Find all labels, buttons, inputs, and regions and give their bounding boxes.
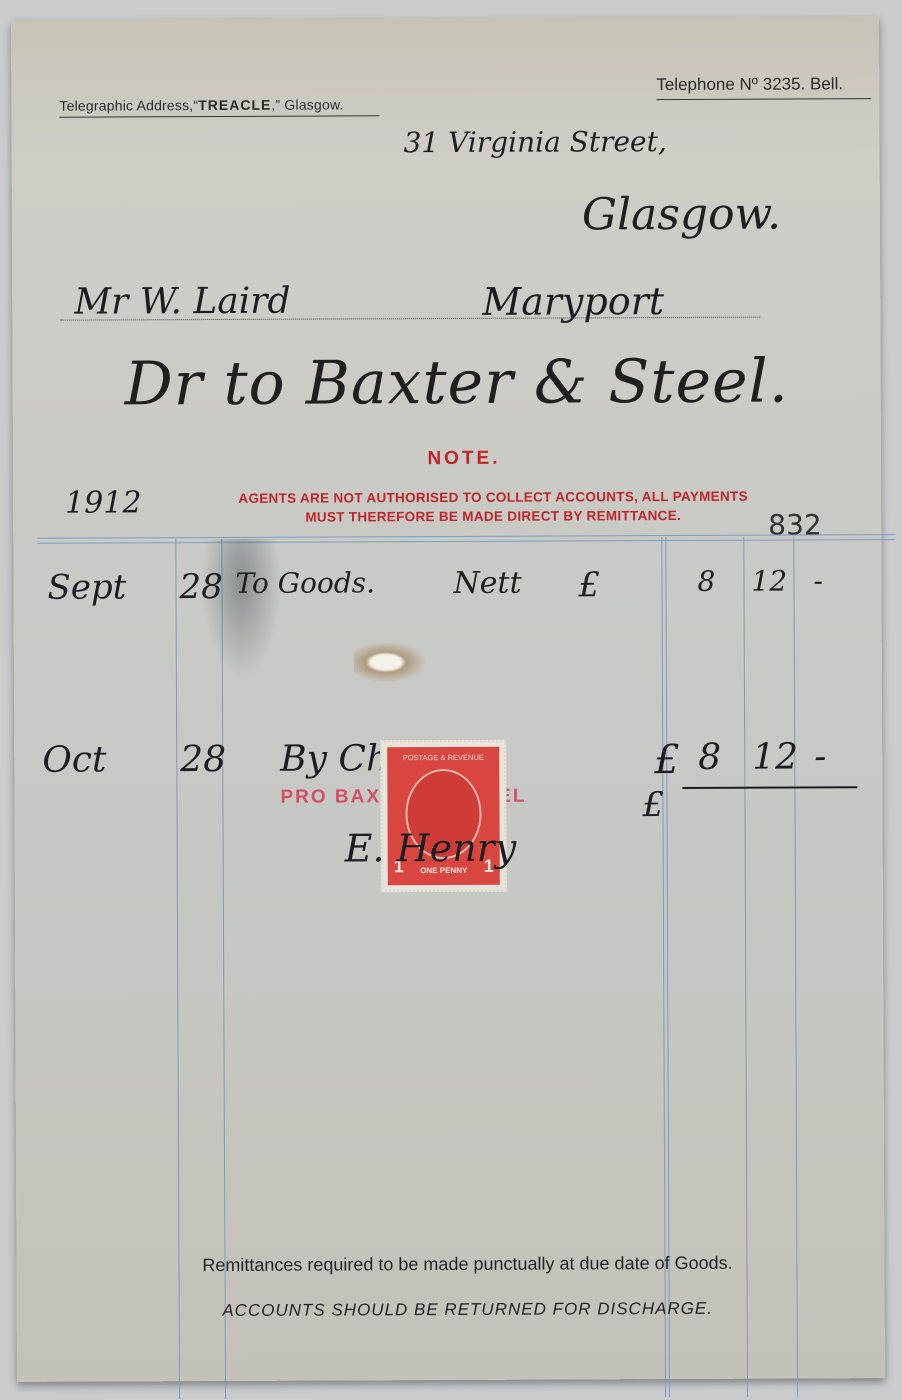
entry-1-pounds: 8 [697, 565, 715, 598]
note-line-1: AGENTS ARE NOT AUTHORISED TO COLLECT ACC… [153, 486, 833, 508]
invoice-year: 1912 [65, 485, 142, 520]
address-city: Glasgow. [582, 189, 781, 241]
entry-2-shillings: 12 [752, 736, 798, 777]
total-underline [682, 786, 857, 789]
entry-1-currency: £ [578, 565, 600, 605]
entry-2-currency: £ [654, 737, 680, 783]
invoice-paper: Telegraphic Address,“TREACLE,” Glasgow. … [11, 16, 885, 1382]
ink-stain [201, 539, 282, 679]
header-rule-2 [37, 539, 895, 544]
entry-1-month: Sept [47, 567, 126, 607]
entry-2-day: 28 [180, 739, 226, 780]
note-line-2: MUST THEREFORE BE MADE DIRECT BY REMITTA… [153, 505, 833, 527]
telegraphic-address: Telegraphic Address,“TREACLE,” Glasgow. [59, 96, 379, 117]
entry-1-description: To Goods. [235, 566, 375, 600]
telegraphic-code: TREACLE [198, 97, 271, 113]
entry-1-nett: Nett [453, 566, 521, 601]
entry-1-pence: - [813, 564, 823, 597]
customer-name: Mr W. Laird [74, 281, 290, 323]
blank-rule [40, 1076, 898, 1081]
footer-discharge-note: ACCOUNTS SHOULD BE RETURNED FOR DISCHARG… [17, 1298, 902, 1322]
entry-2-month: Oct [42, 739, 106, 780]
entry-2-pounds: 8 [698, 737, 721, 778]
telephone-number: Telephone Nº 3235. Bell. [656, 74, 871, 100]
note-title: NOTE. [13, 446, 902, 472]
telegraphic-prefix: Telegraphic Address,“ [59, 97, 198, 114]
stamp-top-label: POSTAGE & REVENUE [387, 753, 499, 762]
header-rule-1 [37, 534, 895, 539]
entry-2-pence: - [814, 736, 826, 777]
receipt-pound-mark: £ [642, 785, 664, 825]
receipt-signature: E. Henry [345, 826, 517, 871]
telegraphic-suffix: ,” Glasgow. [271, 96, 343, 112]
address-street: 31 Virginia Street, [404, 125, 667, 159]
entry-1-day: 28 [179, 567, 222, 607]
note-body: AGENTS ARE NOT AUTHORISED TO COLLECT ACC… [153, 486, 833, 527]
firm-heading: Dr to Baxter & Steel. [124, 347, 789, 420]
reference-number: 832 [768, 508, 822, 541]
punch-hole [354, 638, 434, 686]
entry-1-shillings: 12 [751, 565, 787, 598]
footer-remittance-note: Remittances required to be made punctual… [16, 1252, 902, 1277]
